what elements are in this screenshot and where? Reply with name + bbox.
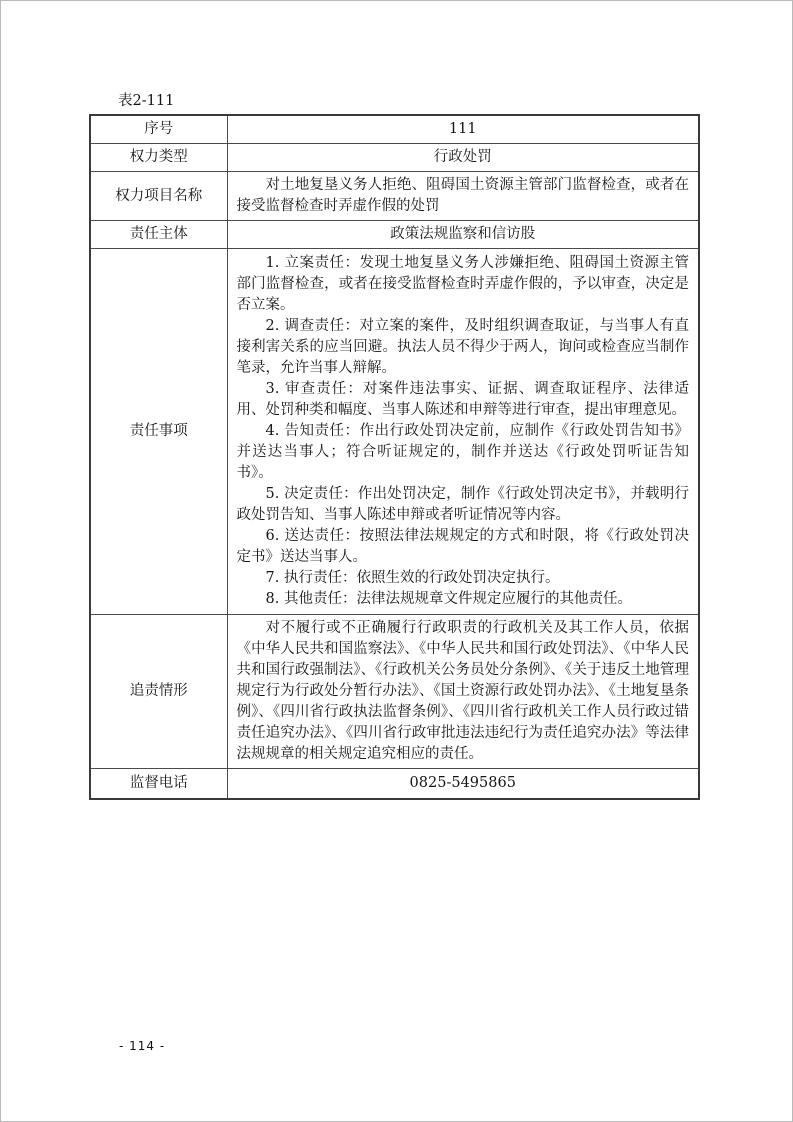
responsibility-item: 3. 审查责任：对案件违法事实、证据、调查取证程序、法律适用、处罚种类和幅度、当… xyxy=(237,379,690,421)
row-value-power-item-name: 对土地复垦义务人拒绝、阻碍国土资源主管部门监督检查，或者在接受监督检查时弄虚作假… xyxy=(227,172,699,221)
row-label-accountability: 追责情形 xyxy=(90,615,227,769)
responsibility-item: 8. 其他责任：法律法规规章文件规定应履行的其他责任。 xyxy=(237,589,690,610)
table-row-responsibility-items: 责任事项 1. 立案责任：发现土地复垦义务人涉嫌拒绝、阻碍国土资源主管部门监督检… xyxy=(90,249,699,615)
row-label-serial-number: 序号 xyxy=(90,115,227,144)
row-value-power-type: 行政处罚 xyxy=(227,144,699,172)
responsibility-item: 2. 调查责任：对立案的案件，及时组织调查取证，与当事人有直接利害关系的应当回避… xyxy=(237,316,690,379)
responsibility-item: 7. 执行责任：依照生效的行政处罚决定执行。 xyxy=(237,568,690,589)
row-value-serial-number: 111 xyxy=(227,115,699,144)
responsibility-item: 6. 送达责任：按照法律法规规定的方式和时限，将《行政处罚决定书》送达当事人。 xyxy=(237,526,690,568)
table-row-accountability: 追责情形 对不履行或不正确履行行政职责的行政机关及其工作人员，依据《中华人民共和… xyxy=(90,615,699,769)
responsibility-item: 4. 告知责任：作出行政处罚决定前，应制作《行政处罚告知书》并送达当事人；符合听… xyxy=(237,421,690,484)
table-caption: 表2-111 xyxy=(118,93,174,109)
row-value-supervision-phone: 0825-5495865 xyxy=(227,769,699,799)
row-label-responsible-body: 责任主体 xyxy=(90,221,227,249)
table-row-power-type: 权力类型 行政处罚 xyxy=(90,144,699,172)
row-label-power-item-name: 权力项目名称 xyxy=(90,172,227,221)
document-page: 表2-111 序号 111 权力类型 行政处罚 权力项目名称 对土地复垦义务人拒… xyxy=(0,0,793,1122)
row-value-responsible-body: 政策法规监察和信访股 xyxy=(227,221,699,249)
row-label-supervision-phone: 监督电话 xyxy=(90,769,227,799)
table-row-power-item-name: 权力项目名称 对土地复垦义务人拒绝、阻碍国土资源主管部门监督检查，或者在接受监督… xyxy=(90,172,699,221)
responsibility-item: 1. 立案责任：发现土地复垦义务人涉嫌拒绝、阻碍国土资源主管部门监督检查，或者在… xyxy=(237,253,690,316)
row-value-accountability: 对不履行或不正确履行行政职责的行政机关及其工作人员，依据《中华人民共和国监察法》… xyxy=(227,615,699,769)
responsibility-table: 序号 111 权力类型 行政处罚 权力项目名称 对土地复垦义务人拒绝、阻碍国土资… xyxy=(89,114,700,800)
table-row-responsible-body: 责任主体 政策法规监察和信访股 xyxy=(90,221,699,249)
row-label-responsibility-items: 责任事项 xyxy=(90,249,227,615)
table-row-supervision-phone: 监督电话 0825-5495865 xyxy=(90,769,699,799)
page-number: - 114 - xyxy=(119,1039,165,1053)
table-row-serial-number: 序号 111 xyxy=(90,115,699,144)
responsibility-item: 5. 决定责任：作出处罚决定，制作《行政处罚决定书》，并载明行政处罚告知、当事人… xyxy=(237,484,690,526)
row-label-power-type: 权力类型 xyxy=(90,144,227,172)
row-value-responsibility-items: 1. 立案责任：发现土地复垦义务人涉嫌拒绝、阻碍国土资源主管部门监督检查，或者在… xyxy=(227,249,699,615)
